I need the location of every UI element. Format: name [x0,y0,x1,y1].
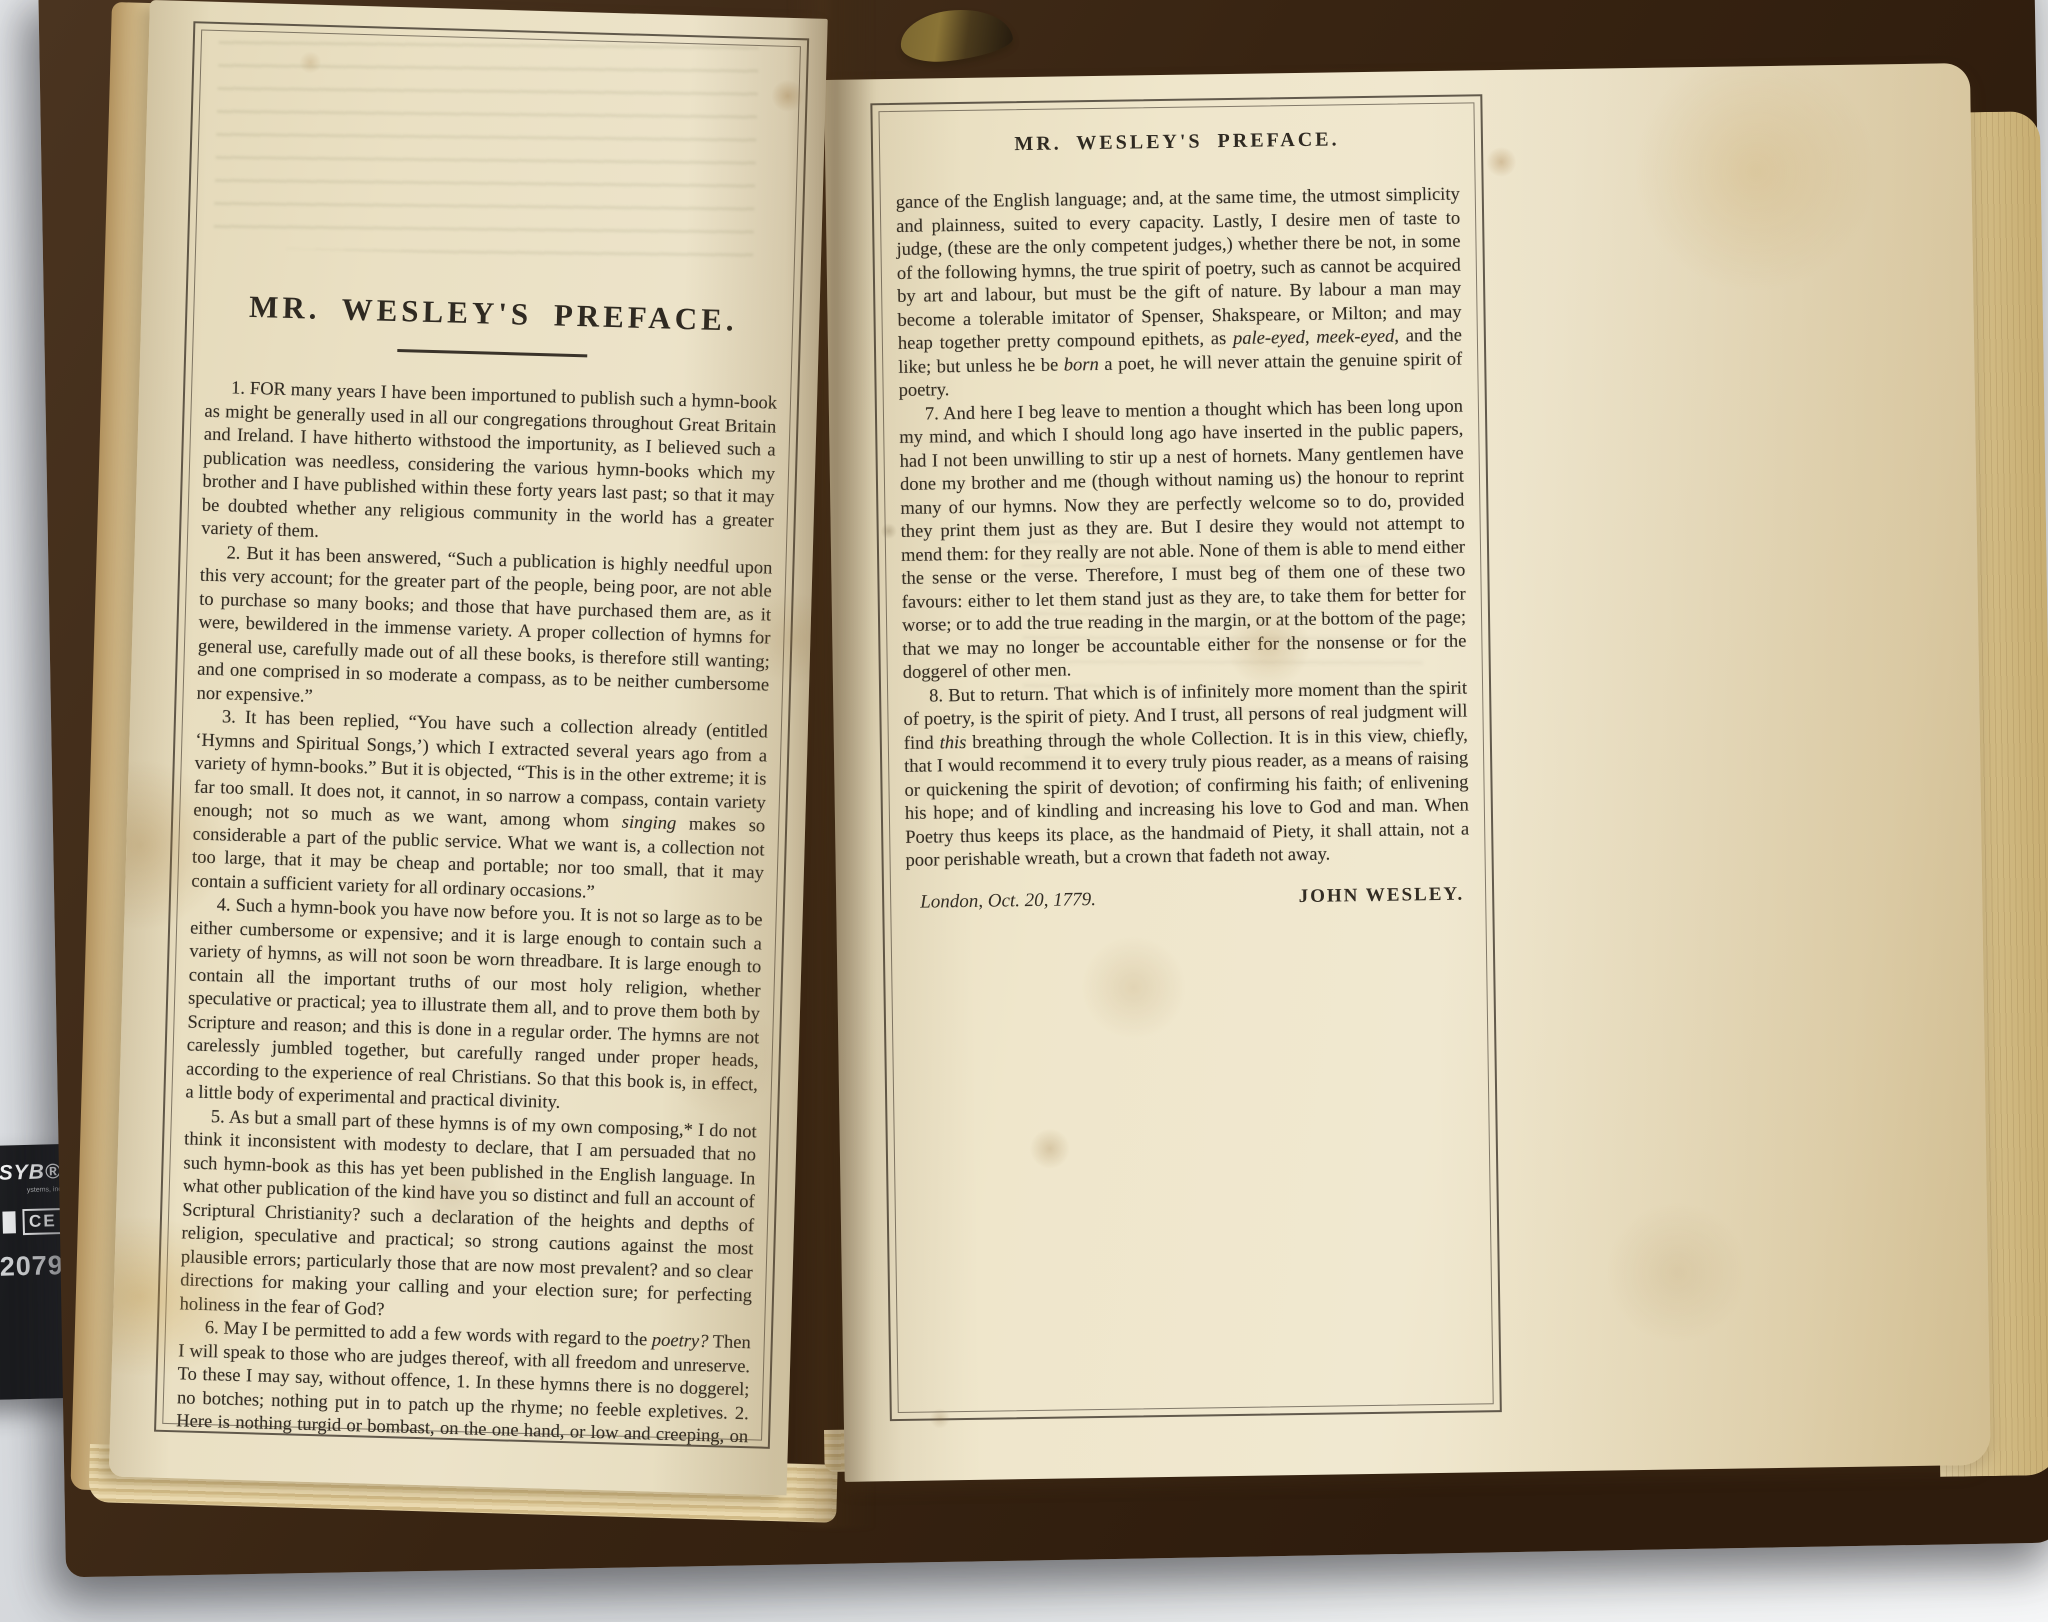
device-brand-label: SYB® [0,1160,62,1186]
preface-paragraph: 1. FOR many years I have been importuned… [201,377,777,557]
preface-paragraph: 2. But it has been answered, “Such a pub… [196,541,772,721]
device-marking-block [3,1211,17,1233]
preface-paragraph: 4. Such a hymn-book you have now before … [185,893,763,1120]
preface-paragraph: 7. And here I beg leave to mention a tho… [899,395,1467,685]
dateline: London, Oct. 20, 1779. [920,889,1096,914]
preface-paragraph: gance of the English language; and, at t… [896,184,1463,404]
right-page-text-block: gance of the English language; and, at t… [896,184,1471,914]
preface-paragraph: 3. It has been replied, “You have such a… [191,706,768,910]
device-serial-number: 2079 [0,1250,64,1283]
author-signature: JOHN WESLEY. [1299,883,1465,907]
ce-mark: CE [23,1208,63,1235]
photo-scene: SYB® ystems, inc CE 2079 MR. WESLEY'S PR… [0,0,2048,1622]
preface-paragraph: 5. As but a small part of these hymns is… [179,1105,757,1332]
right-page-border-frame: MR. WESLEY'S PREFACE. gance of the Engli… [870,94,1501,1421]
preface-paragraph: 8. But to return. That which is of infin… [903,677,1470,873]
right-page: MR. WESLEY'S PREFACE. gance of the Engli… [824,63,1991,1482]
left-page-text-block: 1. FOR many years I have been importuned… [172,377,777,1449]
left-page: MR. WESLEY'S PREFACE. 1. FOR many years … [109,0,828,1495]
preface-paragraph: 6. May I be permitted to add a few words… [173,1316,751,1449]
signature-row: London, Oct. 20, 1779. JOHN WESLEY. [920,883,1464,913]
device-markings: CE [3,1208,63,1236]
left-page-border-frame: MR. WESLEY'S PREFACE. 1. FOR many years … [154,21,809,1449]
running-header: MR. WESLEY'S PREFACE. [895,127,1459,158]
title-rule [397,349,587,357]
device-sub-label: ystems, inc [27,1186,62,1194]
preface-title: MR. WESLEY'S PREFACE. [207,288,780,340]
book-gutter-shadow [788,0,874,1528]
